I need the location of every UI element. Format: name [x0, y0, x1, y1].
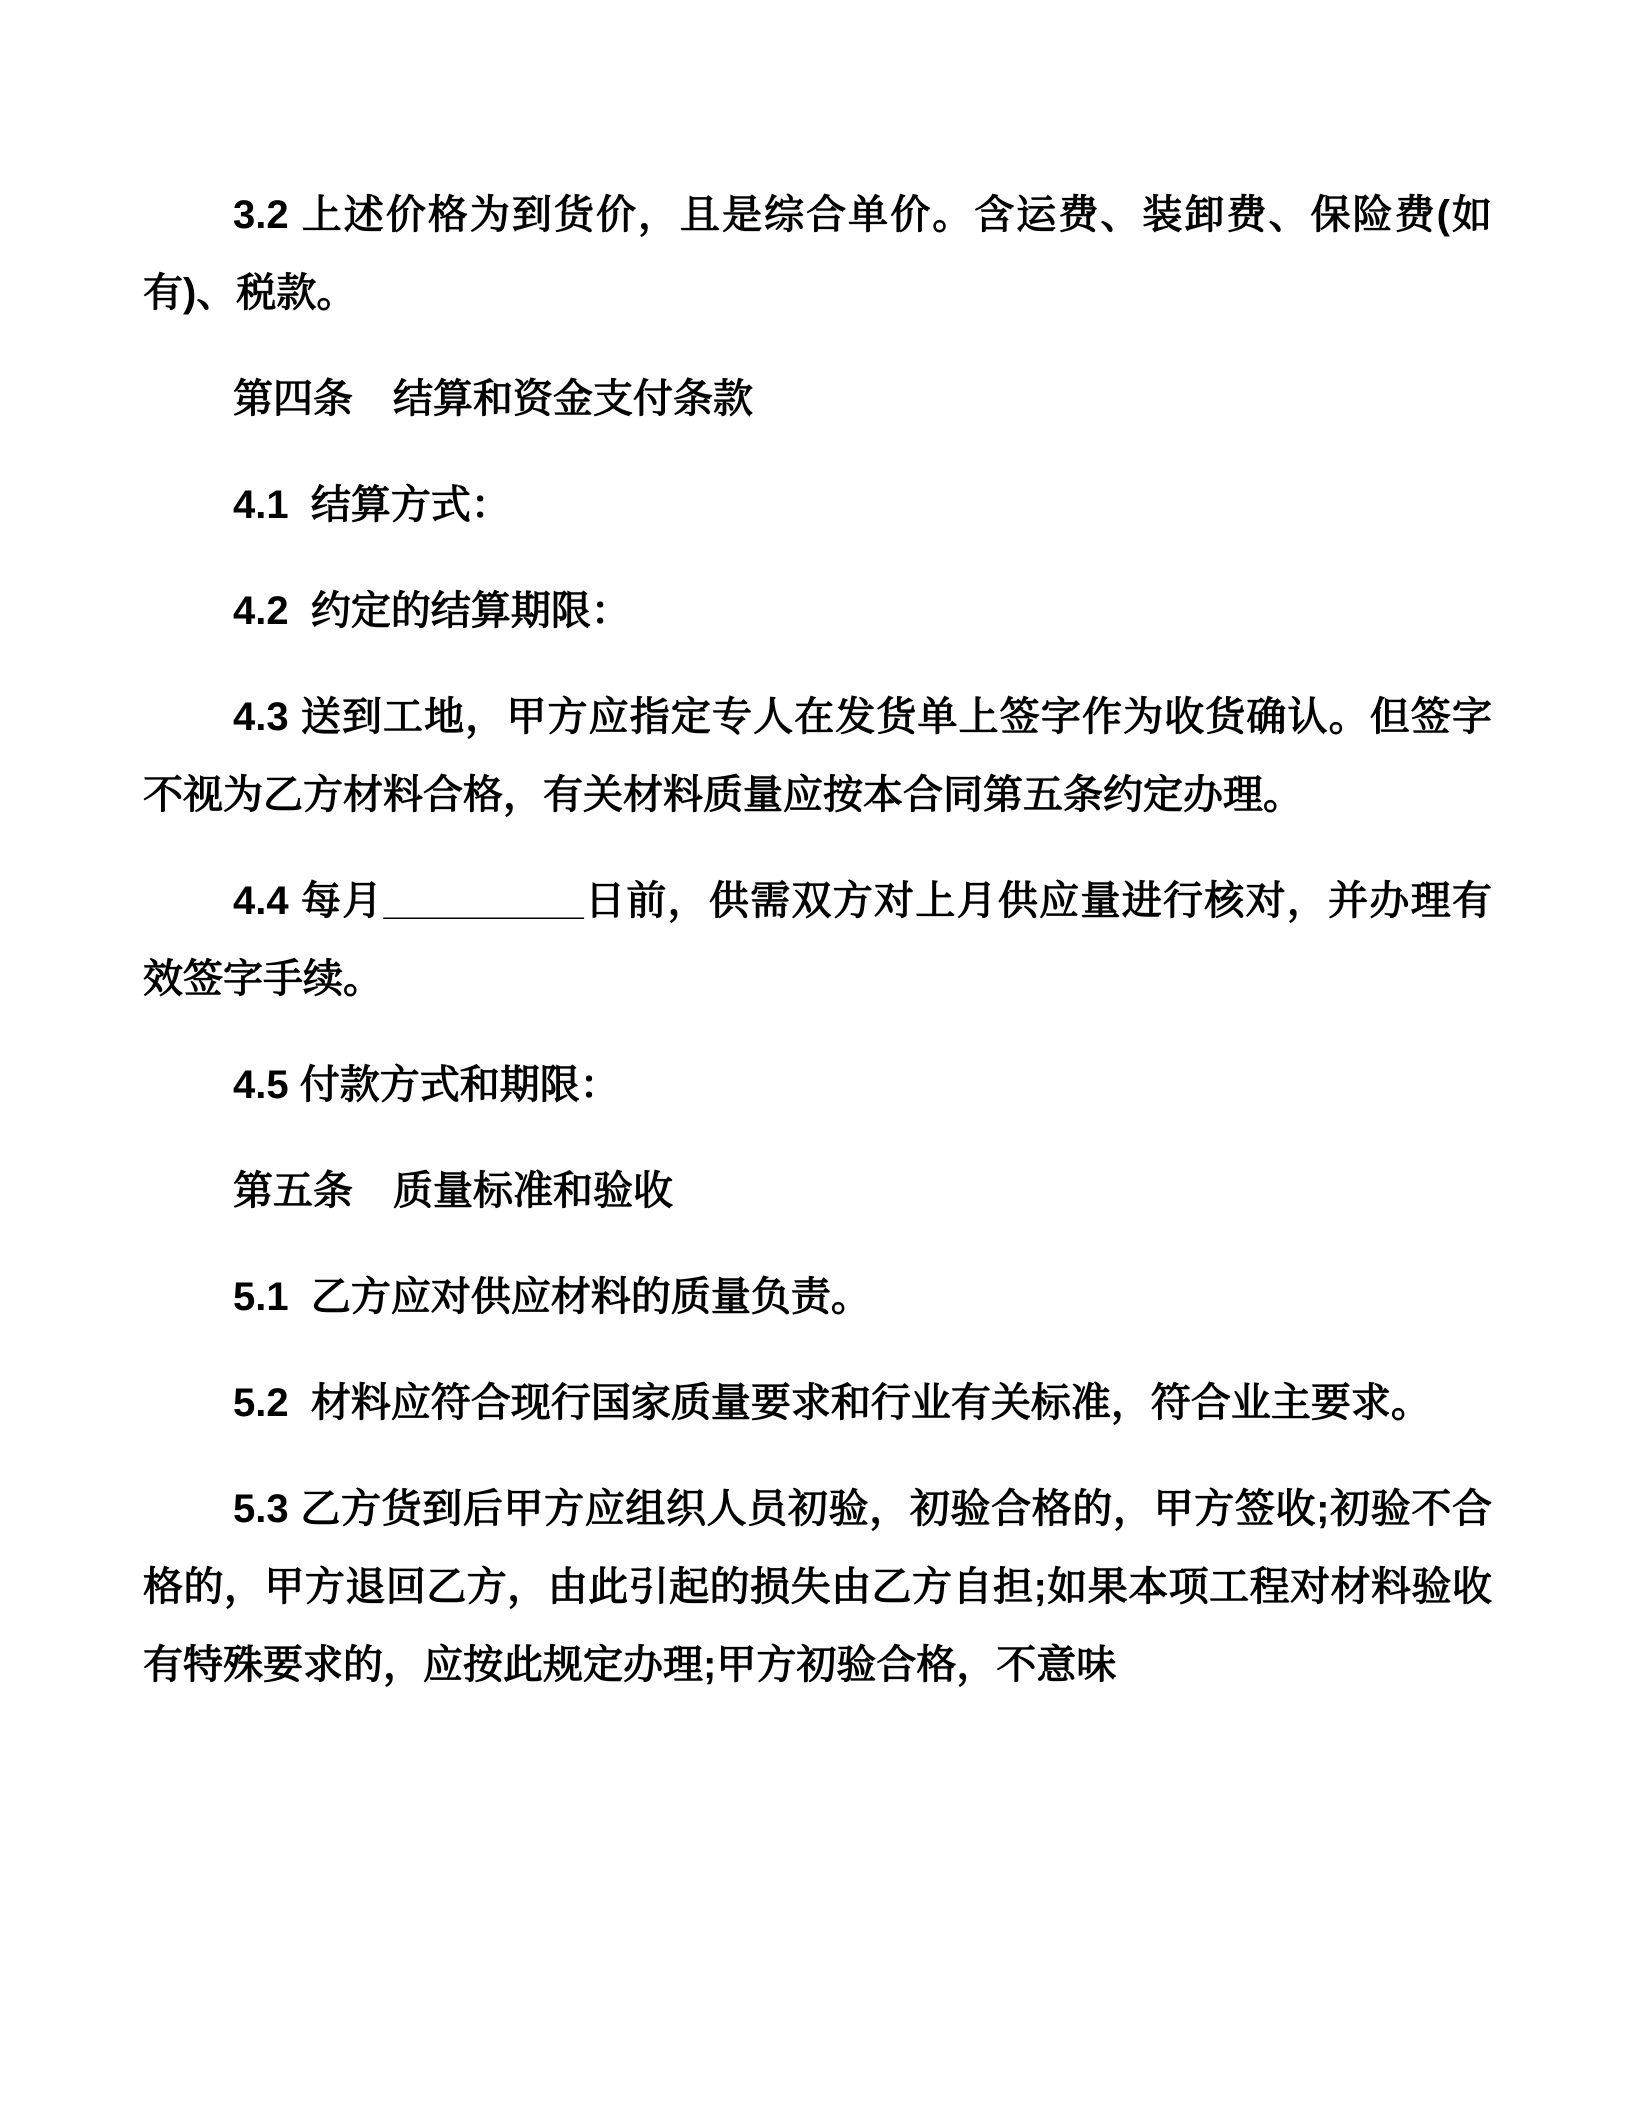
- paragraph-clause-5-3: 5.3 乙方货到后甲方应组织人员初验，初验合格的，甲方签收;初验不合格的，甲方退…: [143, 1470, 1492, 1704]
- paragraph-clause-4-4: 4.4 每月_________日前，供需双方对上月供应量进行核对，并办理有效签字…: [143, 862, 1492, 1018]
- paragraph-clause-4-2: 4.2 约定的结算期限：: [143, 572, 1492, 650]
- paragraph-clause-4-5: 4.5 付款方式和期限：: [143, 1046, 1492, 1124]
- paragraph-clause-5-1: 5.1 乙方应对供应材料的质量负责。: [143, 1258, 1492, 1336]
- paragraph-clause-3-2: 3.2 上述价格为到货价，且是综合单价。含运费、装卸费、保险费(如有)、税款。: [143, 176, 1492, 332]
- heading-article-4: 第四条 结算和资金支付条款: [143, 360, 1492, 438]
- paragraph-clause-5-2: 5.2 材料应符合现行国家质量要求和行业有关标准，符合业主要求。: [143, 1364, 1492, 1442]
- paragraph-clause-4-1: 4.1 结算方式：: [143, 466, 1492, 544]
- heading-article-5: 第五条 质量标准和验收: [143, 1152, 1492, 1230]
- contract-document-page: 3.2 上述价格为到货价，且是综合单价。含运费、装卸费、保险费(如有)、税款。 …: [0, 0, 1632, 2112]
- paragraph-clause-4-3: 4.3 送到工地，甲方应指定专人在发货单上签字作为收货确认。但签字不视为乙方材料…: [143, 678, 1492, 834]
